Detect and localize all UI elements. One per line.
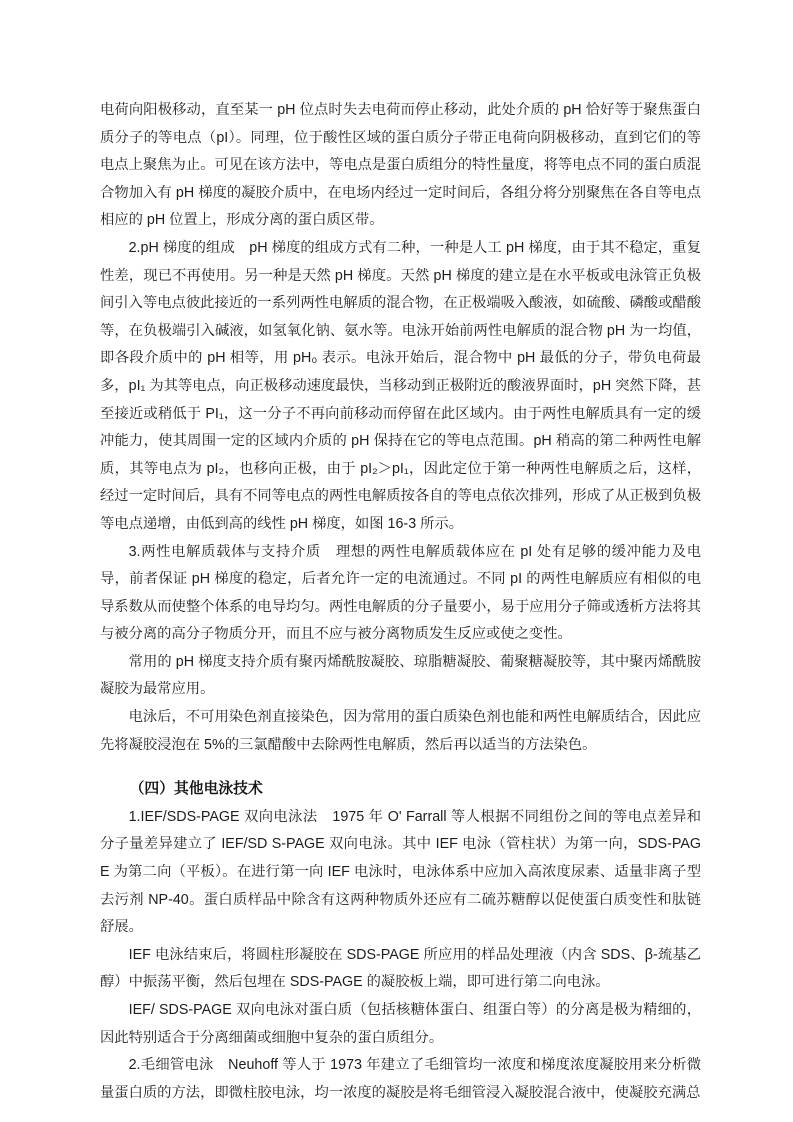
paragraph-ph-gradient-composition: 2.pH 梯度的组成 pH 梯度的组成方式有二种，一种是人工 pH 梯度，由于其…	[100, 235, 701, 539]
paragraph-isoelectric-focusing-continued: 电荷向阳极移动，直至某一 pH 位点时失去电荷而停止移动，此处介质的 pH 恰好…	[100, 97, 701, 235]
paragraph-staining-note: 电泳后，不可用染色剂直接染色，因为常用的蛋白质染色剂也能和两性电解质结合，因此应…	[100, 704, 701, 759]
section-heading-other-electrophoresis-techniques: （四）其他电泳技术	[100, 776, 701, 804]
paragraph-capillary-electrophoresis: 2.毛细管电泳 Neuhoff 等人于 1973 年建立了毛细管均一浓度和梯度浓…	[100, 1052, 701, 1107]
paragraph-ampholyte-carrier-support-media: 3.两性电解质载体与支持介质 理想的两性电解质载体应在 pI 处有足够的缓冲能力…	[100, 539, 701, 649]
document-page: 电荷向阳极移动，直至某一 pH 位点时失去电荷而停止移动，此处介质的 pH 恰好…	[0, 0, 793, 1122]
text-column: 电荷向阳极移动，直至某一 pH 位点时失去电荷而停止移动，此处介质的 pH 恰好…	[100, 97, 701, 1107]
paragraph-common-support-media: 常用的 pH 梯度支持介质有聚丙烯酰胺凝胶、琼脂糖凝胶、葡聚糖凝胶等，其中聚丙烯…	[100, 649, 701, 704]
paragraph-ief-sds-page-two-dimensional: 1.IEF/SDS-PAGE 双向电泳法 1975 年 O' Farrall 等…	[100, 804, 701, 942]
paragraph-ief-sds-page-application: IEF/ SDS-PAGE 双向电泳对蛋白质（包括核糖体蛋白、组蛋白等）的分离是…	[100, 997, 701, 1052]
paragraph-ief-second-dimension-procedure: IEF 电泳结束后，将圆柱形凝胶在 SDS-PAGE 所应用的样品处理液（内含 …	[100, 942, 701, 997]
